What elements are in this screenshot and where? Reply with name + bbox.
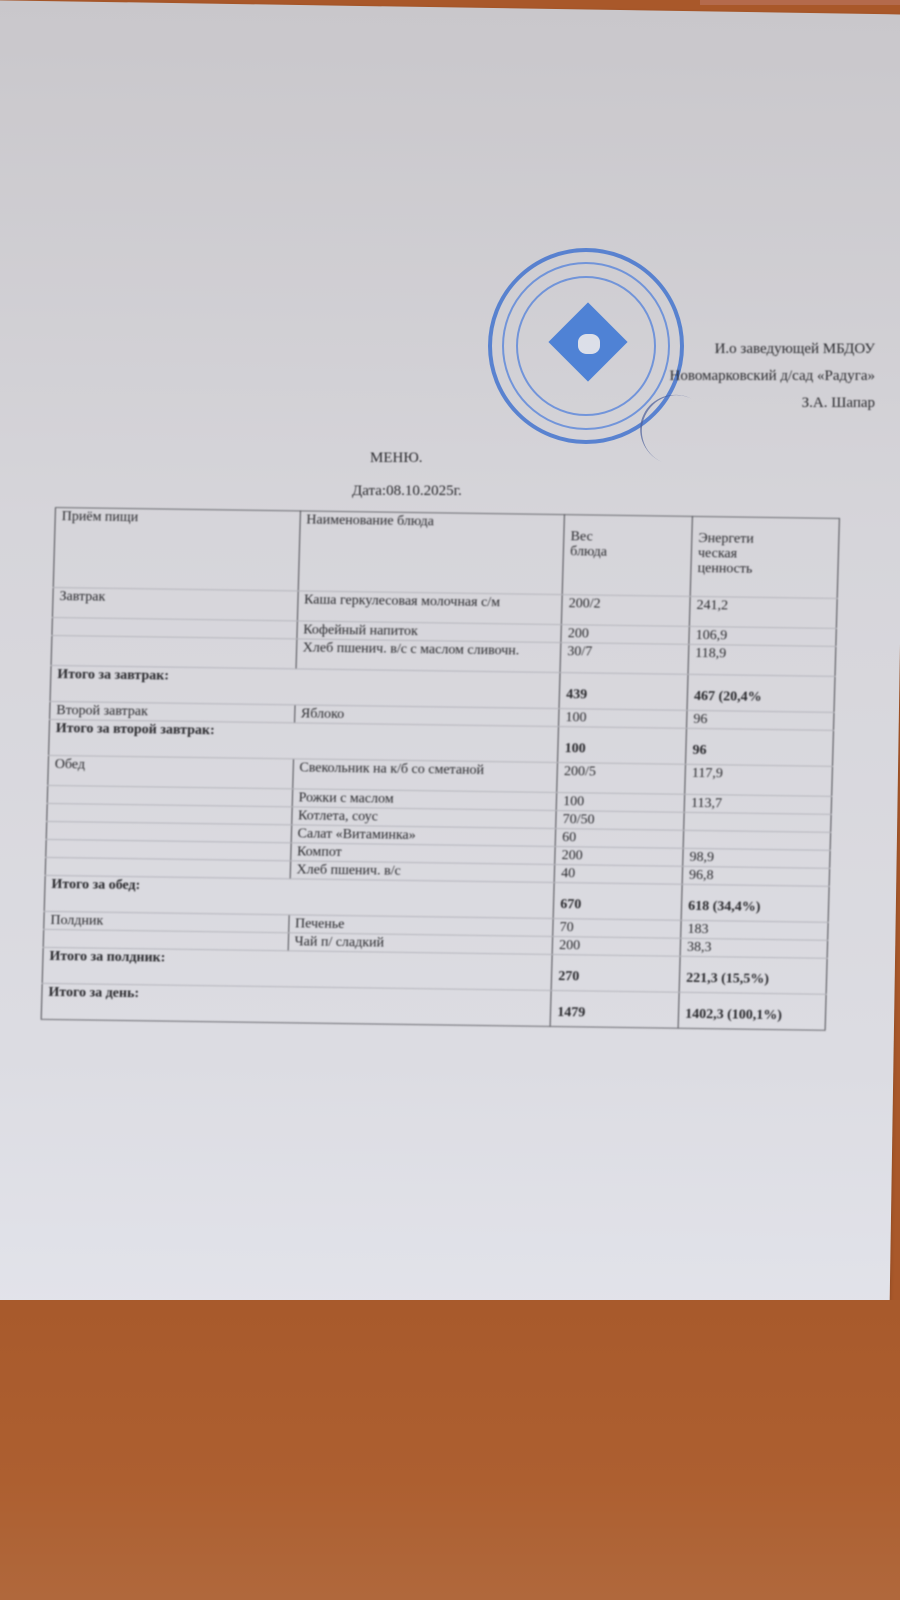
header-energy: Энергети ческая ценность (690, 516, 839, 598)
weight-cell: 100 (556, 793, 684, 813)
background-edge (700, 0, 900, 5)
total-weight: 670 (553, 883, 682, 921)
header-meal: Приём пищи (53, 508, 300, 591)
energy-cell: 183 (681, 920, 828, 940)
total-weight: 1479 (550, 990, 679, 1028)
meal-cell (51, 635, 296, 668)
weight-cell: 60 (555, 829, 683, 849)
energy-cell: 38,3 (680, 938, 827, 958)
energy-cell: 96 (687, 710, 834, 730)
header-dish: Наименование блюда (298, 511, 565, 595)
weight-cell: 200 (555, 847, 683, 867)
energy-cell: 98,9 (683, 848, 830, 868)
weight-cell: 70/50 (556, 811, 684, 831)
total-energy: 618 (34,4%) (681, 884, 829, 922)
total-energy: 221,3 (15,5%) (679, 956, 827, 994)
menu-table: Приём пищи Наименование блюда Вес блюда … (41, 507, 840, 1031)
weight-cell: 200/2 (562, 595, 691, 627)
approval-organization: Новомарковский д/сад «Радуга» (555, 363, 875, 390)
dish-cell: Каша геркулесовая молочная с/м (297, 591, 562, 625)
total-label: Итого за день: (41, 983, 551, 1026)
meal-cell: Обед (48, 755, 293, 788)
total-energy: 467 (20,4% (687, 674, 835, 712)
wooden-surface (0, 1300, 900, 1600)
table-header-row: Приём пищи Наименование блюда Вес блюда … (53, 508, 839, 599)
energy-cell: 106,9 (689, 626, 836, 646)
total-weight: 439 (559, 673, 688, 711)
energy-cell (683, 830, 830, 850)
energy-cell: 117,9 (685, 764, 833, 796)
approval-block: И.о заведующей МБДОУ Новомарковский д/са… (555, 336, 875, 417)
approval-position: И.о заведующей МБДОУ (555, 336, 875, 363)
weight-cell: 200/5 (557, 763, 686, 795)
total-energy: 96 (686, 728, 834, 766)
document-date: Дата:08.10.2025г. (352, 483, 462, 500)
dish-cell: Свекольник на к/б со сметаной (292, 759, 557, 793)
energy-cell: 113,7 (684, 794, 831, 814)
energy-cell: 118,9 (688, 644, 836, 676)
weight-cell: 100 (559, 709, 687, 729)
energy-cell: 241,2 (689, 596, 837, 628)
energy-cell (684, 812, 831, 832)
total-weight: 270 (551, 954, 680, 992)
weight-cell: 70 (553, 918, 681, 938)
dish-cell: Хлеб пшенич. в/с с маслом сливочн. (296, 639, 561, 673)
meal-cell: Завтрак (52, 587, 297, 620)
total-weight: 100 (558, 727, 687, 765)
energy-cell: 96,8 (682, 866, 829, 886)
total-energy: 1402,3 (100,1%) (678, 992, 826, 1030)
weight-cell: 200 (552, 936, 680, 956)
weight-cell: 200 (561, 625, 689, 645)
weight-cell: 30/7 (560, 643, 689, 675)
document-title: МЕНЮ. (370, 450, 423, 467)
header-weight: Вес блюда (562, 515, 692, 597)
weight-cell: 40 (554, 865, 682, 885)
